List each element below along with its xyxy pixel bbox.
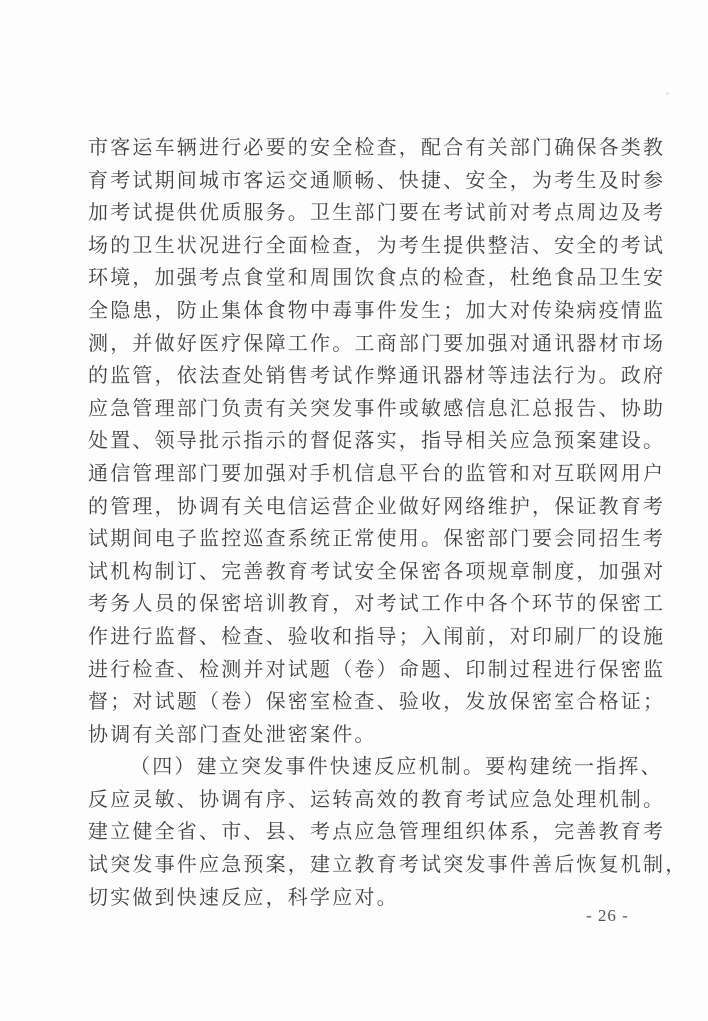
text-line: 进行检查、检测并对试题（卷）命题、印制过程进行保密监 (88, 653, 628, 686)
text-line: 的管理，协调有关电信运营企业做好网络维护，保证教育考 (88, 490, 628, 523)
text-line: 督；对试题（卷）保密室检查、验收，发放保密室合格证； (88, 685, 628, 718)
text-line: 测，并做好医疗保障工作。工商部门要加强对通讯器材市场 (88, 327, 628, 360)
text-line: 作进行监督、检查、验收和指导；入闱前，对印刷厂的设施 (88, 620, 628, 653)
text-line: 协调有关部门查处泄密案件。 (88, 718, 628, 751)
body-text: 市客运车辆进行必要的安全检查，配合有关部门确保各类教 育考试期间城市客运交通顺畅… (88, 131, 628, 913)
text-line: 加考试提供优质服务。卫生部门要在考试前对考点周边及考 (88, 196, 628, 229)
text-line: 反应灵敏、协调有序、运转高效的教育考试应急处理机制。 (88, 783, 628, 816)
text-line: 试突发事件应急预案，建立教育考试突发事件善后恢复机制， (88, 848, 628, 881)
text-line: 全隐患，防止集体食物中毒事件发生；加大对传染病疫情监 (88, 294, 628, 327)
document-page: 市客运车辆进行必要的安全检查，配合有关部门确保各类教 育考试期间城市客运交通顺畅… (0, 0, 708, 1021)
text-line: 试期间电子监控巡查系统正常使用。保密部门要会同招生考 (88, 522, 628, 555)
text-line: 市客运车辆进行必要的安全检查，配合有关部门确保各类教 (88, 131, 628, 164)
text-line: 切实做到快速反应，科学应对。 (88, 881, 628, 914)
text-line: 环境，加强考点食堂和周围饮食点的检查，杜绝食品卫生安 (88, 261, 628, 294)
scan-speck (666, 92, 669, 95)
text-line: 场的卫生状况进行全面检查，为考生提供整洁、安全的考试 (88, 229, 628, 262)
text-line: 通信管理部门要加强对手机信息平台的监管和对互联网用户 (88, 457, 628, 490)
text-line: 应急管理部门负责有关突发事件或敏感信息汇总报告、协助 (88, 392, 628, 425)
text-line: 育考试期间城市客运交通顺畅、快捷、安全，为考生及时参 (88, 164, 628, 197)
text-line: 建立健全省、市、县、考点应急管理组织体系，完善教育考 (88, 815, 628, 848)
text-line: 处置、领导批示指示的督促落实，指导相关应急预案建设。 (88, 424, 628, 457)
text-line: 的监管，依法查处销售考试作弊通讯器材等违法行为。政府 (88, 359, 628, 392)
page-number: - 26 - (586, 906, 629, 926)
text-line: 试机构制订、完善教育考试安全保密各项规章制度，加强对 (88, 555, 628, 588)
section-heading-line: （四）建立突发事件快速反应机制。要构建统一指挥、 (88, 750, 628, 783)
text-line: 考务人员的保密培训教育，对考试工作中各个环节的保密工 (88, 587, 628, 620)
